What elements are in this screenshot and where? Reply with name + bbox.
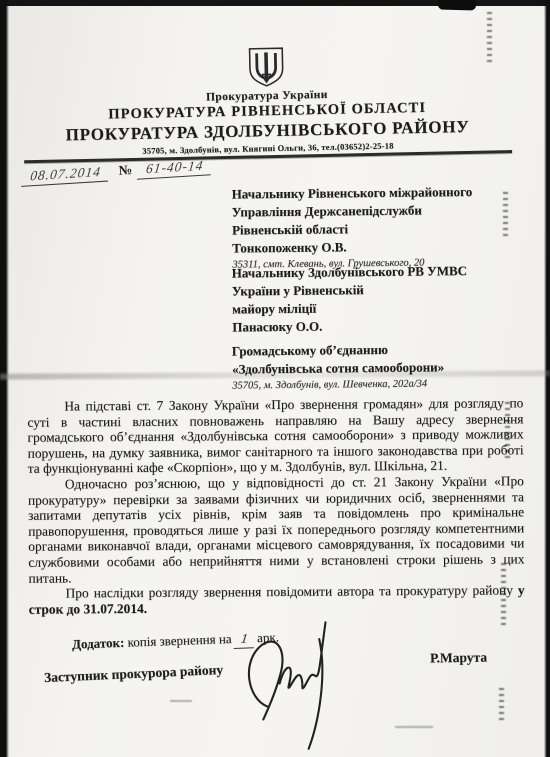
scan-artifact-corner-blob (438, 0, 476, 10)
recipient-block-civic-union: Громадському об’єднанню «Здолбунівська с… (232, 339, 523, 393)
scan-artifact-streak (395, 726, 433, 728)
attachment-text: копія звернення на (124, 631, 232, 650)
recipient-block-sanitary-service: Начальнику Рівненського міжрайонного Упр… (232, 182, 523, 272)
scan-artifact-streak (170, 700, 192, 702)
body-paragraph-2: Одночасно роз’яснюю, що у відповідності … (28, 473, 525, 586)
letter-body: На підставі ст. 7 Закону України «Про зв… (27, 395, 525, 617)
number-sign: № (118, 162, 132, 178)
body-paragraph-3-text: Про наслідки розгляду звернення повідоми… (66, 582, 518, 600)
recipient-line: Панасюку О.О. (232, 315, 522, 336)
letterhead: Прокуратура України ПРОКУРАТУРА РІВНЕНСЬ… (0, 40, 543, 163)
coat-of-arms-ukraine-icon (242, 46, 291, 89)
body-paragraph-1: На підставі ст. 7 Закону України «Про зв… (27, 395, 524, 476)
body-paragraph-3: Про наслідки розгляду звернення повідоми… (29, 582, 525, 617)
recipient-line: «Здолбунівська сотня самооборони» (232, 357, 522, 378)
handwritten-signature (224, 618, 364, 754)
recipient-address: 35705, м. Здолбунів, вул. Шевченка, 202а… (232, 376, 522, 393)
attachment-label: Додаток: (72, 635, 125, 652)
scanned-letter-page: Прокуратура України ПРОКУРАТУРА РІВНЕНСЬ… (0, 0, 550, 757)
signer-name: Р.Марута (430, 650, 487, 667)
recipient-block-police: Начальнику Здолбунівського РВ УМВС Украї… (232, 261, 523, 336)
ref-number-handwritten: 61-40-14 (137, 157, 212, 180)
recipient-line: Тонкопоженку О.В. (232, 236, 522, 257)
ref-date-handwritten: 08.07.2014 (21, 163, 110, 186)
scan-artifact-smudge (499, 688, 504, 722)
scan-artifact-right-edge (544, 0, 550, 757)
signer-position-title: Заступник прокурора району (44, 662, 224, 686)
